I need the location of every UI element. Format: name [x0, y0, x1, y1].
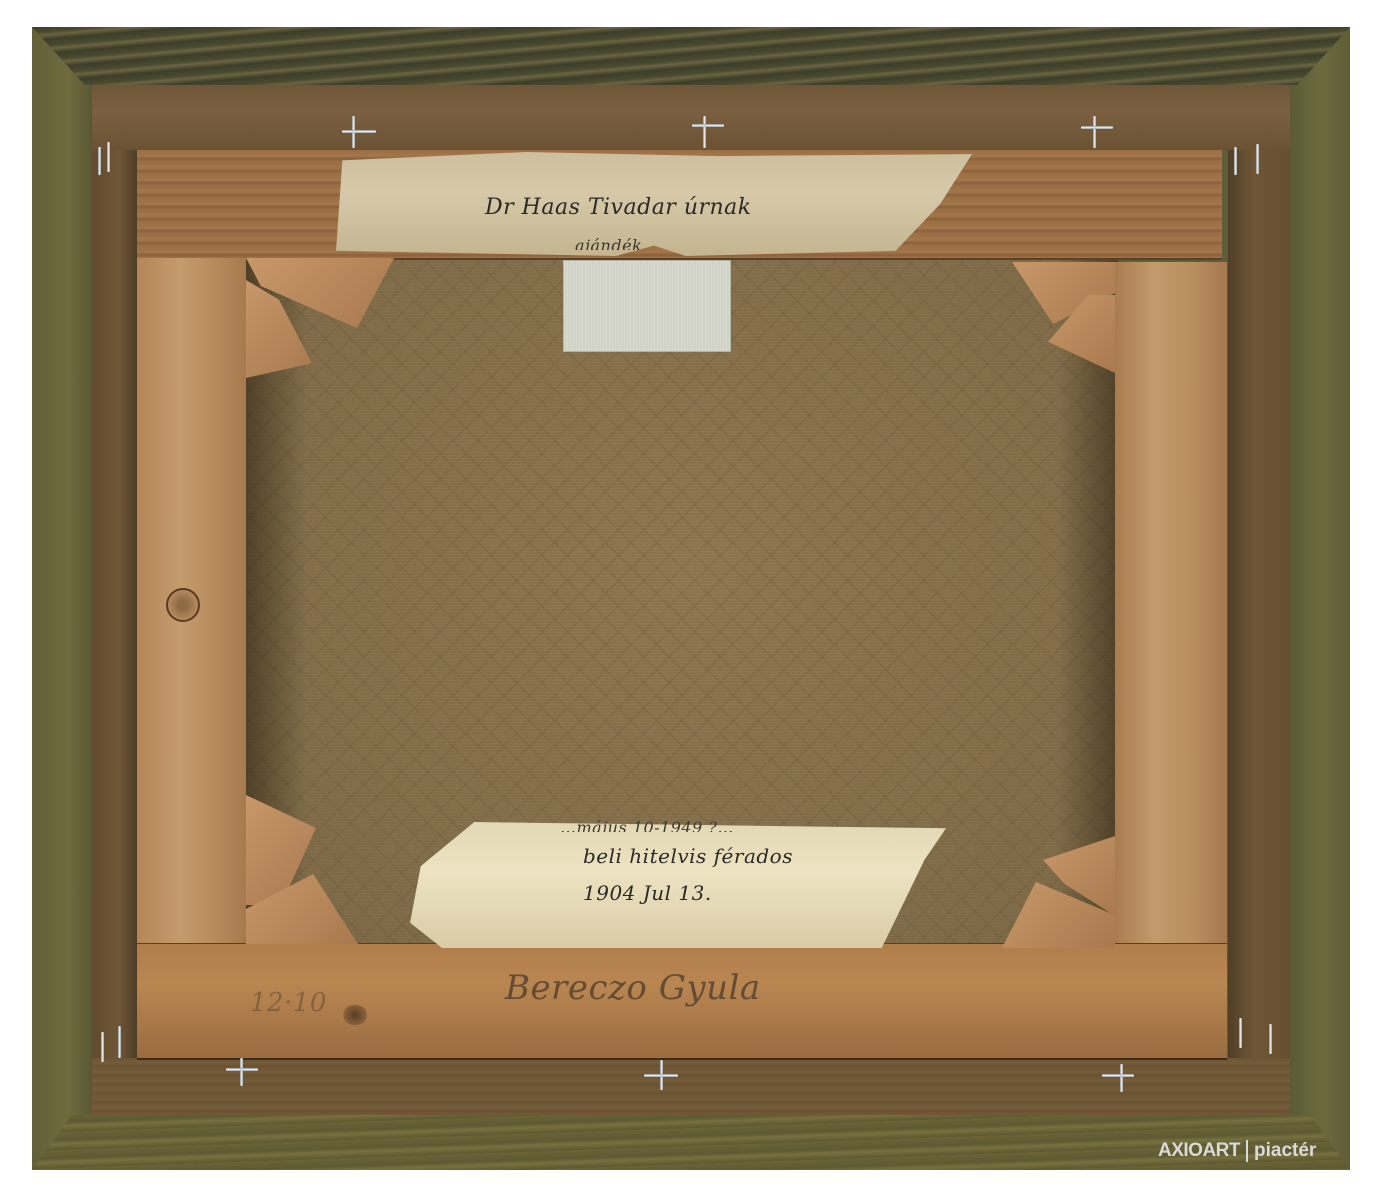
staple-icon	[101, 1032, 104, 1062]
watermark-sub: piactér	[1254, 1140, 1316, 1162]
label-date: 1904 Jul 13.	[583, 881, 712, 905]
wood-knot	[342, 1005, 368, 1025]
nail-icon	[226, 1068, 258, 1071]
nail-icon	[1102, 1074, 1134, 1077]
frame-right-side	[1290, 27, 1350, 1170]
frame-bottom-side	[32, 1115, 1350, 1170]
frame-top-side	[32, 27, 1350, 85]
nail-icon	[342, 130, 376, 133]
staple-icon	[118, 1026, 121, 1058]
nail-icon	[1093, 116, 1096, 148]
watermark-divider	[1246, 1140, 1248, 1162]
frame-left-side	[32, 27, 92, 1170]
watermark-brand: AXIOART	[1158, 1140, 1240, 1162]
nail-icon	[1081, 126, 1113, 129]
staple-icon	[1269, 1024, 1272, 1054]
staple-icon	[98, 147, 101, 175]
rebate-bottom	[92, 1058, 1290, 1115]
stretcher-number: 12·10	[250, 988, 327, 1018]
watermark: AXIOART piactér	[1158, 1138, 1316, 1164]
nail-icon	[1120, 1064, 1123, 1092]
stretcher-bar-right	[1115, 262, 1227, 947]
staple-icon	[1256, 144, 1259, 174]
canvas-patch	[563, 260, 731, 352]
stretcher-inscription: Bereczo Gyula	[505, 968, 761, 1008]
nail-icon	[692, 124, 724, 127]
rebate-top	[92, 85, 1290, 150]
staple-icon	[1234, 147, 1237, 175]
staple-icon	[1239, 1018, 1242, 1048]
label-text: beli hitelvis férados	[583, 844, 793, 868]
label-text: …május 10-1949 ?…	[560, 818, 734, 832]
label-text: ajándék	[575, 236, 642, 250]
nail-icon	[240, 1058, 243, 1086]
wood-knot	[166, 588, 200, 622]
nail-icon	[703, 116, 706, 148]
rebate-left	[92, 150, 137, 1058]
staple-icon	[107, 142, 110, 172]
rebate-right	[1228, 150, 1290, 1058]
label-text: Dr Haas Tivadar úrnak	[485, 195, 752, 220]
nail-icon	[644, 1074, 678, 1077]
